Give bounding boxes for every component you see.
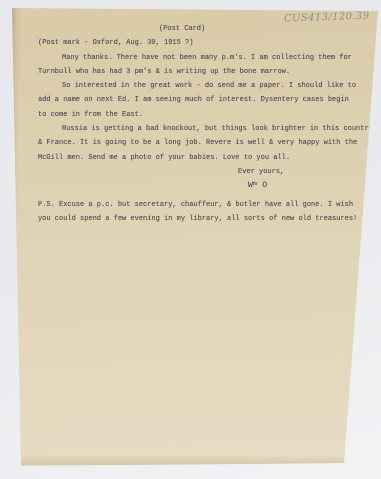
letter-line: Turnbull who has had 3 pm's & is writing… <box>38 65 358 79</box>
letter-line: to come in from the East. <box>38 108 358 122</box>
letter-body: (Post Card) (Post mark - Oxford, Aug. 30… <box>38 22 358 226</box>
letter-line: Russia is getting a bad knockout, but th… <box>38 122 358 136</box>
letter-line: add a name on next Ed. I am seeing much … <box>38 93 358 107</box>
paper-bottom-edge-shadow <box>18 455 348 465</box>
letter-line: Many thanks. There have not been many p.… <box>38 51 358 65</box>
letter-line: McGill men. Send me a photo of your babi… <box>38 151 358 165</box>
closing-line: Ever yours, <box>238 165 358 179</box>
scan-background: CUS413/120.39 (Post Card) (Post mark - O… <box>0 0 381 479</box>
paper-left-edge-shadow <box>3 8 22 468</box>
signature: Wᵐ O <box>248 179 358 193</box>
postcard-heading: (Post Card) <box>159 22 358 36</box>
postscript-line: you could spend a few evening in my libr… <box>38 212 358 226</box>
letter-line: & France. It is going to be a long job. … <box>38 136 358 150</box>
postcard-scan: CUS413/120.39 (Post Card) (Post mark - O… <box>0 0 381 479</box>
letter-line: So interested in the great work - do sen… <box>38 79 358 93</box>
postmark-line: (Post mark - Oxford, Aug. 30, 1915 ?) <box>38 36 358 50</box>
postscript-line: P.S. Excuse a p.c. but secretary, chauff… <box>38 198 358 212</box>
